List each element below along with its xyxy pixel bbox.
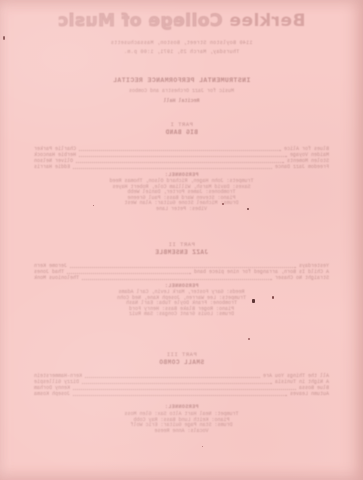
ink-speck [272,296,274,299]
program-line: Freedom Jazz DanceEddie Harris [34,164,329,170]
dotted-leader [73,168,272,169]
part-2-title: JAZZ ENSEMBLE [0,249,363,256]
school-logo: Berklee College of Music [0,11,363,31]
ink-speck [93,205,94,206]
part-3-program: All the Things You AreKern-Hammerstein A… [34,373,329,397]
recital-title: INSTRUMENTAL PERFORMANCE RECITAL [0,77,363,84]
ink-speck [248,338,250,340]
dotted-leader [76,162,284,163]
part-3-personnel: Trumpet: Neal Hart Alto Sax: Glen Moss P… [0,412,363,434]
part-2-label: PART II [0,241,363,248]
ink-speck [222,203,224,205]
dotted-leader [70,267,296,268]
ink-speck [3,36,5,40]
program-line: Autumn LeavesJoseph Kosma [34,391,329,397]
dotted-leader [79,150,281,151]
ink-speck [252,299,255,303]
piece-title: Autumn Leaves [290,391,329,397]
part-3-personnel-label: PERSONNEL: [0,404,363,410]
part-2-personnel: Reeds: Gary Foster, Mark Levin, Carl Ada… [0,290,363,318]
part-3-label: PART III [0,351,363,358]
composer-name: Thelonious Monk [34,275,79,281]
dotted-leader [82,279,272,280]
personnel-line: Vibes: Peter Lane [0,207,363,213]
ink-speck [247,208,249,210]
personnel-line: Drums: Louis Grant Congas: Sam Ruiz [0,312,363,318]
ink-speck [202,446,203,447]
personnel-line: Vocals: Anne Reese [0,429,363,435]
recital-subtitle: Music for Jazz Orchestra and Combos [0,88,363,94]
dotted-leader [67,273,191,274]
school-logo-berklee: Berklee [229,11,306,31]
dotted-leader [73,395,287,396]
part-1-label: PART I [0,121,363,128]
date-line: Thursday, March 25, 1971, 1:00 p.m. [0,49,363,55]
recital-venue: Recital Hall [0,98,363,104]
piece-title: Freedom Jazz Dance [275,164,329,170]
composer-name: Joseph Kosma [34,391,70,397]
address-line: 1140 Boylston Street, Boston, Massachuse… [0,40,363,46]
dotted-leader [85,377,260,378]
school-logo-college-of-music: College of Music [58,11,229,31]
part-2-program: YesterdaysJerome Kern A Child Is Born, a… [34,263,329,281]
composer-name: Eddie Harris [34,164,70,170]
part-1-personnel: Trumpets: John Hagen, Richard Olson, Tho… [0,179,363,213]
mirrored-showthrough-layer: Berklee College of Music 1140 Boylston S… [0,0,363,480]
part-1-title: BIG BAND [0,129,363,136]
part-3-title: SMALL COMBO [0,359,363,366]
program-line: Straight No ChaserThelonious Monk [34,275,329,281]
piece-title: Straight No Chaser [275,275,329,281]
scanned-program-page-back: Berklee College of Music 1140 Boylston S… [0,0,363,480]
dotted-leader [73,389,296,390]
dotted-leader [79,156,287,157]
part-1-program: Blues for AliceCharlie Parker Maiden Voy… [34,146,329,170]
dotted-leader [82,383,272,384]
